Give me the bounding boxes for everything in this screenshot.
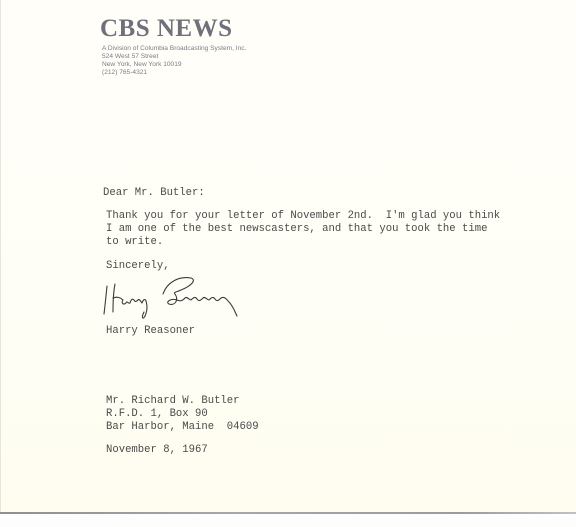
body-line: to write. bbox=[106, 236, 163, 249]
recipient-line: R.F.D. 1, Box 90 bbox=[106, 408, 208, 421]
recipient-line: Bar Harbor, Maine 04609 bbox=[106, 421, 259, 434]
body-line: Thank you for your letter of November 2n… bbox=[106, 210, 500, 223]
signature-handwritten bbox=[101, 272, 281, 322]
body-line: I am one of the best newscasters, and th… bbox=[106, 223, 487, 236]
scanner-background bbox=[0, 514, 576, 527]
letterhead-city: New York, New York 10019 bbox=[102, 61, 182, 69]
letterhead-phone: (212) 765-4321 bbox=[102, 69, 147, 77]
signer-name: Harry Reasoner bbox=[106, 325, 195, 338]
letterhead-street: 524 West 57 Street bbox=[102, 53, 158, 61]
recipient-line: Mr. Richard W. Butler bbox=[106, 395, 240, 408]
letterhead-title: CBS NEWS bbox=[100, 15, 233, 43]
letter-date: November 8, 1967 bbox=[106, 444, 208, 457]
letterhead-division: A Division of Columbia Broadcasting Syst… bbox=[102, 45, 246, 53]
salutation: Dear Mr. Butler: bbox=[103, 187, 205, 200]
letter-page: CBS NEWS A Division of Columbia Broadcas… bbox=[0, 0, 576, 513]
